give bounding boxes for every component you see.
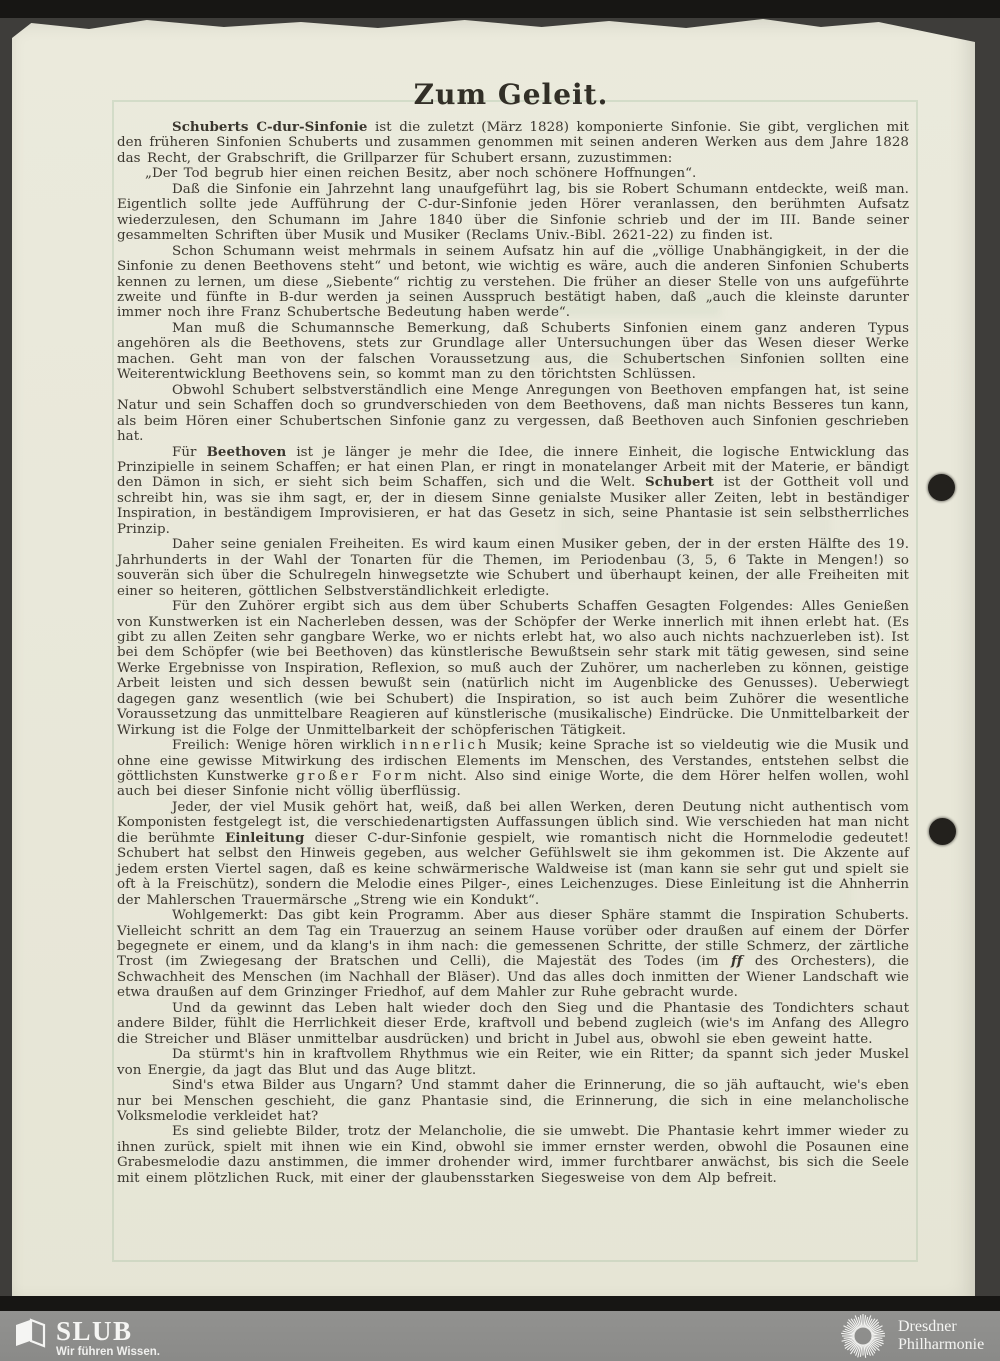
scanned-document-page: { "page": { "title": "Zum Geleit.", "par… [0, 0, 1000, 1361]
paragraph: Obwohl Schubert selbstverständlich eine … [117, 383, 909, 445]
paragraph: Freilich: Wenige hören wirklich innerlic… [117, 738, 909, 800]
paragraph: Wohlgemerkt: Das gibt kein Programm. Abe… [117, 908, 909, 1001]
scan-background-bottom [0, 1296, 1000, 1312]
hole-punch [929, 818, 956, 845]
paragraph: Man muß die Schumannsche Bemerkung, daß … [117, 321, 909, 383]
paragraph: Daß die Sinfonie ein Jahrzehnt lang unau… [117, 182, 909, 244]
paragraph: Schuberts C-dur-Sinfonie ist die zuletzt… [117, 120, 909, 166]
sunburst-icon [840, 1313, 886, 1361]
paragraph: Daher seine genialen Freiheiten. Es wird… [117, 537, 909, 599]
viewer-footer-bar: SLUB Wir führen Wissen. Dresdner Philhar… [0, 1311, 1000, 1361]
paragraph: Schon Schumann weist mehrmals in seinem … [117, 244, 909, 321]
paragraph: Und da gewinnt das Leben halt wieder doc… [117, 1001, 909, 1047]
quote-line: „Der Tod begrub hier einen reichen Besit… [117, 166, 909, 181]
paragraph: Für Beethoven ist je länger je mehr die … [117, 445, 909, 538]
paragraph: Es sind geliebte Bilder, trotz der Melan… [117, 1124, 909, 1186]
scan-background-top [0, 0, 1000, 18]
slub-tagline: Wir führen Wissen. [56, 1346, 160, 1358]
open-book-icon [14, 1317, 46, 1353]
paragraph: Für den Zuhörer ergibt sich aus dem über… [117, 599, 909, 738]
philharmonie-wordmark: Dresdner Philharmonie [898, 1318, 984, 1354]
paragraph: Sind's etwa Bilder aus Ungarn? Und stamm… [117, 1078, 909, 1124]
page-title: Zum Geleit. [115, 78, 907, 111]
hole-punch [928, 474, 955, 501]
paragraph: Jeder, der viel Musik gehört hat, weiß, … [117, 800, 909, 908]
slub-wordmark: SLUB [56, 1316, 133, 1347]
document-body-text: Schuberts C-dur-Sinfonie ist die zuletzt… [117, 120, 909, 1186]
paragraph: Da stürmt's hin in kraftvollem Rhythmus … [117, 1047, 909, 1078]
